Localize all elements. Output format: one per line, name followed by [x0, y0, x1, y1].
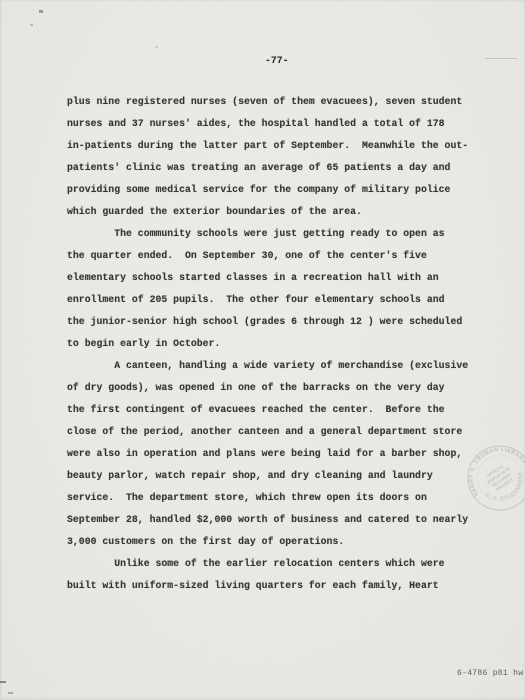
text-line: of dry goods), was opened in one of the … — [67, 377, 477, 399]
text-line: nurses and 37 nurses' aides, the hospita… — [67, 113, 477, 135]
text-line: to begin early in October. — [67, 333, 477, 355]
text-line: service. The department store, which thr… — [67, 487, 477, 509]
text-line: were also in operation and plans were be… — [67, 443, 477, 465]
scan-scratch — [485, 58, 517, 59]
text-line: 3,000 customers on the first day of oper… — [67, 531, 477, 553]
text-line: the quarter ended. On September 30, one … — [67, 245, 477, 267]
text-line: built with uniform-sized living quarters… — [67, 575, 477, 597]
text-line: in-patients during the latter part of Se… — [67, 135, 477, 157]
scan-speck — [8, 692, 13, 694]
footer-reference-note: 6-4786 p81 hw — [457, 669, 523, 678]
text-line: the first contingent of evacuees reached… — [67, 399, 477, 421]
scan-speck — [39, 10, 43, 13]
text-line: close of the period, another canteen and… — [67, 421, 477, 443]
text-line: A canteen, handling a wide variety of me… — [67, 355, 477, 377]
text-line: which guarded the exterior boundaries of… — [67, 201, 477, 223]
text-line: September 28, handled $2,000 worth of bu… — [67, 509, 477, 531]
page-number: -77- — [265, 55, 289, 66]
document-page: -77- plus nine registered nurses (seven … — [0, 0, 525, 700]
text-line: providing some medical service for the c… — [67, 179, 477, 201]
document-body: plus nine registered nurses (seven of th… — [67, 91, 477, 597]
archive-stamp-icon: HARRY S. TRUMAN LIBRARY U. S. GOVERNMENT… — [450, 428, 525, 528]
text-line: enrollment of 205 pupils. The other four… — [67, 289, 477, 311]
text-line: Unlike some of the earlier relocation ce… — [67, 553, 477, 575]
stamp-rim-top-text: HARRY S. TRUMAN LIBRARY — [457, 435, 525, 497]
text-line: elementary schools started classes in a … — [67, 267, 477, 289]
text-line: beauty parlor, watch repair shop, and dr… — [67, 465, 477, 487]
text-line: The community schools were just getting … — [67, 223, 477, 245]
scan-speck — [155, 46, 158, 48]
text-line: patients' clinic was treating an average… — [67, 157, 477, 179]
scan-speck — [30, 24, 33, 26]
svg-text:HARRY S. TRUMAN LIBRARY: HARRY S. TRUMAN LIBRARY — [457, 435, 525, 497]
scan-speck — [0, 681, 6, 683]
text-line: the junior-senior high school (grades 6 … — [67, 311, 477, 333]
text-line: plus nine registered nurses (seven of th… — [67, 91, 477, 113]
